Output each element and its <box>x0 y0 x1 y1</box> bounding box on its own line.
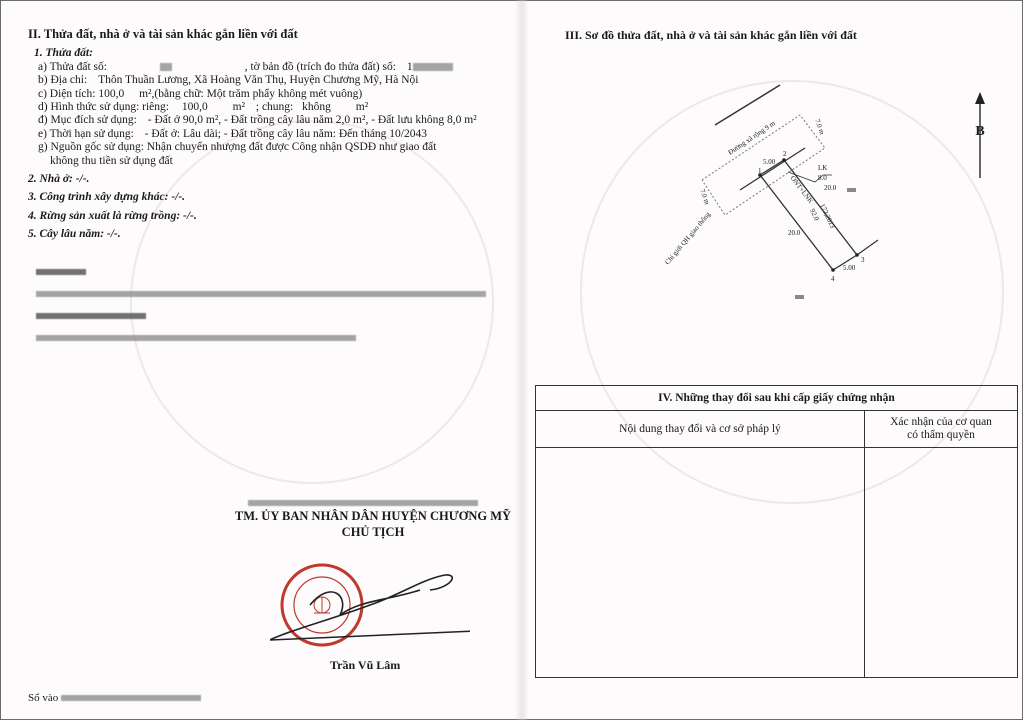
term-label: e) Thời hạn sử dụng: <box>38 128 134 140</box>
section-ii-heading: II. Thửa đất, nhà ở và tài sản khác gắn … <box>28 28 518 41</box>
edge-top-length: 5.00 <box>763 158 776 166</box>
parcel-diagram: Đường xã rộng 9 m Chỉ giới QH giao thông… <box>640 80 900 310</box>
edge-left-length: 20.0 <box>788 229 801 237</box>
offset-top-label: 7.0 m <box>813 118 826 136</box>
point-3-label: 3 <box>861 256 865 264</box>
section-iii-heading: III. Sơ đồ thửa đất, nhà ở và tài sản kh… <box>565 28 857 43</box>
col2-header-line1: Xác nhận của cơ quan <box>866 416 1016 429</box>
land-type-label: ONT+LNK <box>788 174 814 205</box>
origin-value-line1: Nhận chuyển nhượng đất được Công nhận QS… <box>147 141 437 153</box>
use-form-common-value: không <box>302 101 331 113</box>
use-form-common-unit: m² <box>356 101 368 113</box>
changes-table: IV. Những thay đổi sau khi cấp giấy chứn… <box>535 385 1018 678</box>
official-seal-and-signature <box>270 560 470 655</box>
origin-row: g) Nguồn gốc sử dụng: Nhận chuyển nhượng… <box>28 141 518 154</box>
use-form-label: d) Hình thức sử dụng: <box>38 101 139 113</box>
origin-row-continued: không thu tiền sử dụng đất <box>28 155 518 168</box>
term-row: e) Thời hạn sử dụng: - Đất ở: Lâu dài; -… <box>28 128 518 141</box>
point-4-label: 4 <box>831 275 835 283</box>
use-form-row: d) Hình thức sử dụng: riêng: 100,0 m² ; … <box>28 101 518 114</box>
use-form-private-value: 100,0 <box>182 101 208 113</box>
signer-name: Trần Vũ Lâm <box>330 658 400 673</box>
signature-block: TM. ỦY BAN NHÂN DÂN HUYỆN CHƯƠNG MỸ CHỦ … <box>228 508 518 540</box>
signing-organization: TM. ỦY BAN NHÂN DÂN HUYỆN CHƯƠNG MỸ <box>228 508 518 524</box>
origin-label: g) Nguồn gốc sử dụng: <box>38 141 144 153</box>
redacted-register-number <box>61 695 201 701</box>
changes-table-title: IV. Những thay đổi sau khi cấp giấy chứn… <box>536 386 1018 411</box>
planning-line-label: Chỉ giới QH giao thông <box>663 210 712 266</box>
perennial-trees-section: 5. Cây lâu năm: -/-. <box>28 228 518 241</box>
road-label: Đường xã rộng 9 m <box>727 119 777 157</box>
redacted-mark <box>847 188 856 192</box>
purpose-label: đ) Mục đích sử dụng: <box>38 114 137 126</box>
use-form-common-label: ; chung: <box>256 101 293 113</box>
edge-bottom-length: 5.00 <box>843 264 856 272</box>
address-value: Thôn Thuần Lương, Xã Hoàng Văn Thụ, Huyệ… <box>98 74 418 86</box>
area-value: 100,0 <box>98 88 124 100</box>
redacted-mark <box>795 295 804 299</box>
col-header-change-content: Nội dung thay đổi và cơ sở pháp lý <box>536 411 865 448</box>
use-form-private-unit: m² <box>233 101 245 113</box>
house-section: 2. Nhà ở: -/-. <box>28 173 518 186</box>
redacted-parcel-number <box>160 63 172 71</box>
parcel-fraction-bottom: 92.0 <box>808 207 821 222</box>
edge-right-length: 20.0 <box>824 184 837 192</box>
other-construction-section: 3. Công trình xây dựng khác: -/-. <box>28 191 518 204</box>
register-label: Sổ vào <box>28 692 58 704</box>
authority-confirmation-cell <box>865 448 1018 678</box>
map-sheet-label: , tờ bản đồ (trích đo thửa đất) số: <box>245 61 396 73</box>
area-row: c) Diện tích: 100,0 m²,(bằng chữ: Một tr… <box>28 88 518 101</box>
land-heading: 1. Thửa đất: <box>28 47 518 60</box>
signer-position: CHỦ TỊCH <box>228 524 518 540</box>
term-value: - Đất ở: Lâu dài; - Đất trồng cây lâu nă… <box>145 128 427 140</box>
parcel-number-row: a) Thửa đất số: , tờ bản đồ (trích đo th… <box>28 61 518 74</box>
redacted-map-sheet <box>413 63 453 71</box>
north-label: B <box>975 124 984 139</box>
parcel-fraction-top: 172,2013 <box>818 202 837 230</box>
north-arrow-icon: B <box>960 90 1000 180</box>
purpose-value: - Đất ở 90,0 m², - Đất trồng cây lâu năm… <box>148 114 477 126</box>
section-ii: II. Thửa đất, nhà ở và tài sản khác gắn … <box>28 28 518 242</box>
area-unit: m² <box>139 88 151 100</box>
production-forest-section: 4. Rừng sản xuất là rừng trồng: -/-. <box>28 210 518 223</box>
address-row: b) Địa chỉ: Thôn Thuần Lương, Xã Hoàng V… <box>28 74 518 87</box>
lk-label-top: LK <box>818 164 827 172</box>
redacted-note-block <box>36 263 486 347</box>
purpose-row: đ) Mục đích sử dụng: - Đất ở 90,0 m², - … <box>28 114 518 127</box>
area-words: ,(bằng chữ: Một trăm phẩy không mét vuôn… <box>152 88 363 100</box>
col2-header-line2: có thẩm quyền <box>866 429 1016 442</box>
register-number-row: Sổ vào <box>28 692 201 704</box>
change-content-cell <box>536 448 865 678</box>
address-label: b) Địa chỉ: <box>38 74 87 86</box>
area-label: c) Diện tích: <box>38 88 95 100</box>
lk-label-bottom: 8.0 <box>818 174 827 182</box>
col-header-authority-confirmation: Xác nhận của cơ quan có thẩm quyền <box>865 411 1018 448</box>
use-form-private-label: riêng: <box>142 101 169 113</box>
parcel-label: a) Thửa đất số: <box>38 61 107 73</box>
point-2-label: 2 <box>783 150 787 158</box>
